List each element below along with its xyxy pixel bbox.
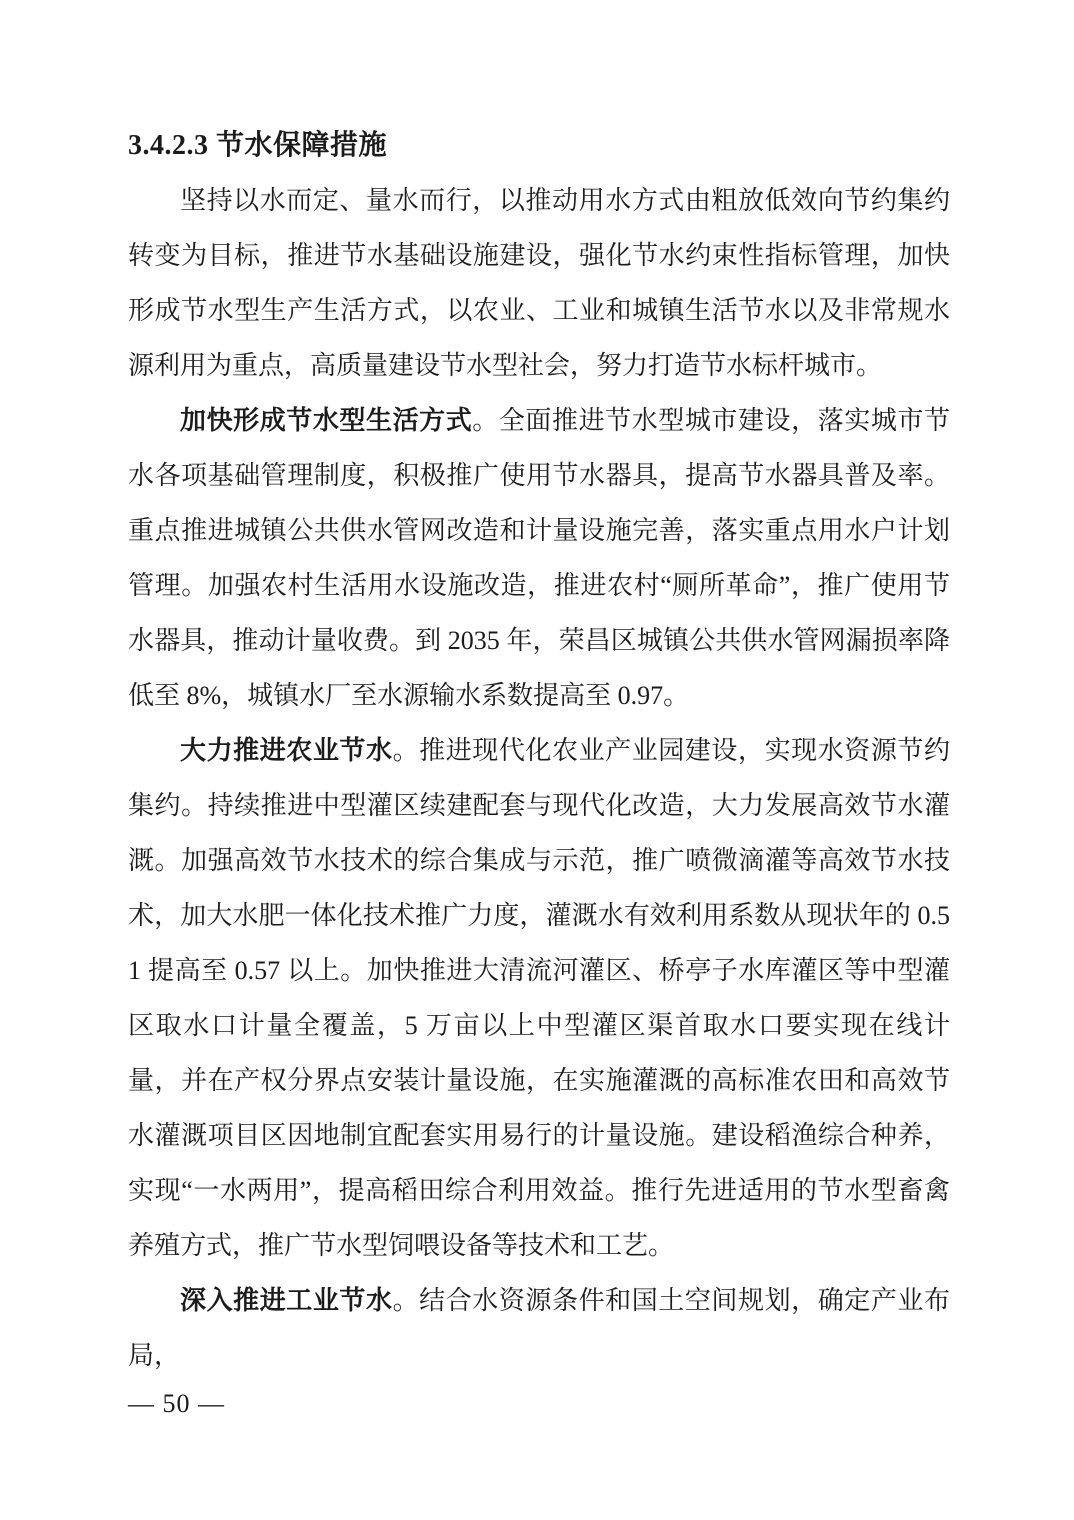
section-heading: 3.4.2.3 节水保障措施: [128, 118, 950, 173]
document-page: 3.4.2.3 节水保障措施 坚持以水而定、量水而行，以推动用水方式由粗放低效向…: [0, 0, 1074, 1520]
document-body: 3.4.2.3 节水保障措施 坚持以水而定、量水而行，以推动用水方式由粗放低效向…: [128, 118, 950, 1383]
paragraph-lifestyle-water-saving: 加快形成节水型生活方式。全面推进节水型城市建设，落实城市节水各项基础管理制度，积…: [128, 393, 950, 723]
page-number: — 50 —: [128, 1389, 225, 1418]
paragraph-text: 。全面推进节水型城市建设，落实城市节水各项基础管理制度，积极推广使用节水器具，提…: [128, 406, 950, 710]
paragraph-industry-water-saving: 深入推进工业节水。结合水资源条件和国土空间规划，确定产业布局，: [128, 1273, 950, 1383]
paragraph-lead: 大力推进农业节水: [180, 736, 393, 765]
paragraph-lead: 深入推进工业节水: [180, 1286, 393, 1315]
paragraph-text: 坚持以水而定、量水而行，以推动用水方式由粗放低效向节约集约转变为目标，推进节水基…: [128, 186, 950, 380]
paragraph-lead: 加快形成节水型生活方式: [180, 406, 472, 435]
paragraph-text: 。推进现代化农业产业园建设，实现水资源节约集约。持续推进中型灌区续建配套与现代化…: [128, 736, 950, 1260]
paragraph-intro: 坚持以水而定、量水而行，以推动用水方式由粗放低效向节约集约转变为目标，推进节水基…: [128, 173, 950, 393]
paragraph-agriculture-water-saving: 大力推进农业节水。推进现代化农业产业园建设，实现水资源节约集约。持续推进中型灌区…: [128, 723, 950, 1273]
page-footer: — 50 —: [128, 1384, 225, 1424]
